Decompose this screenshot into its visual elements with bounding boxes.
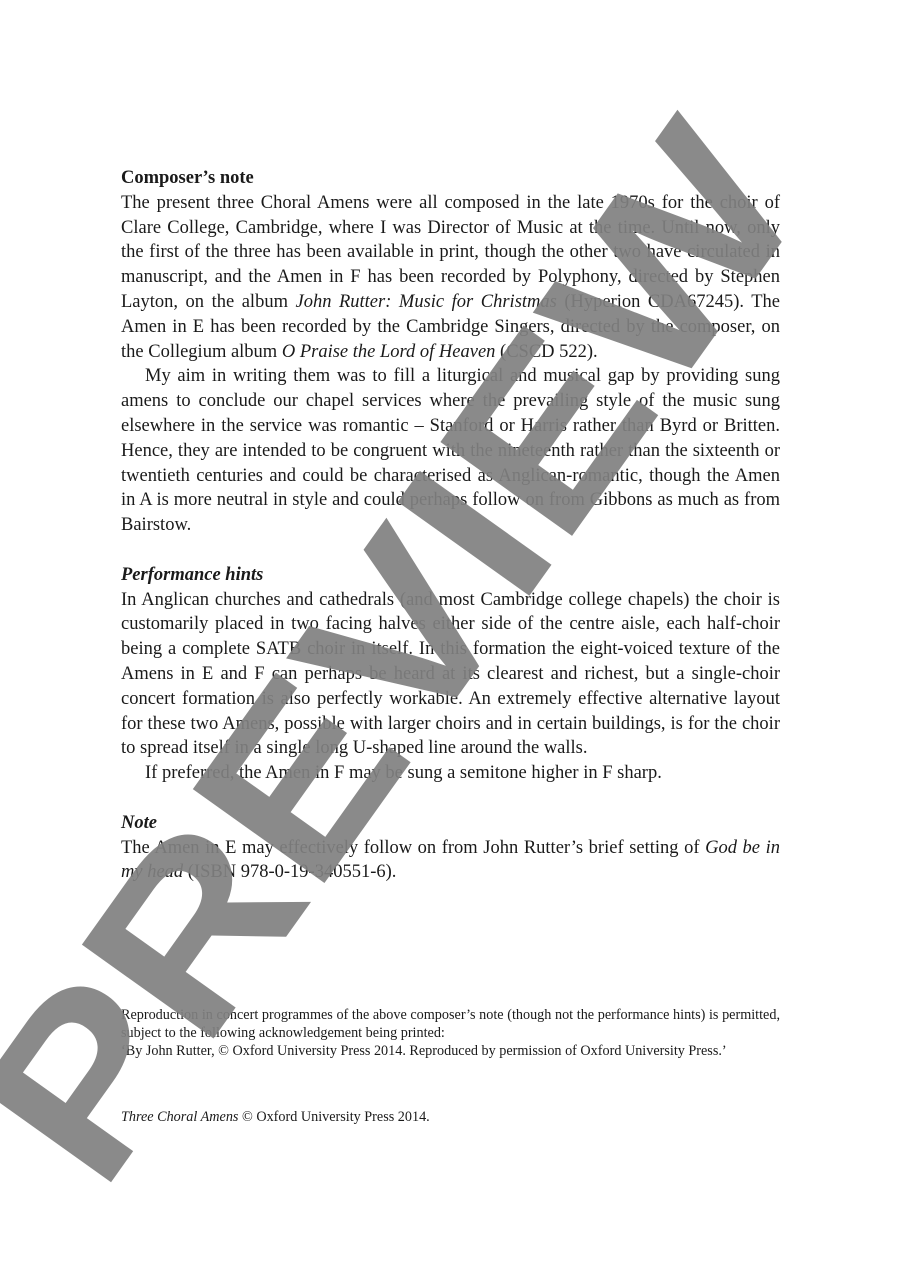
composers-note-paragraph-1: The present three Choral Amens were all … [121, 191, 780, 365]
document-page: Composer’s note The present three Choral… [0, 0, 900, 1279]
footer-copyright: © Oxford University Press 2014. [238, 1109, 429, 1125]
performance-hints-paragraph-1: In Anglican churches and cathedrals (and… [121, 588, 780, 762]
note-heading: Note [121, 811, 780, 836]
note-paragraph: The Amen in E may effectively follow on … [121, 836, 780, 886]
footer-title: Three Choral Amens [121, 1109, 238, 1125]
composers-note-paragraph-2: My aim in writing them was to fill a lit… [121, 364, 780, 538]
main-text: Composer’s note The present three Choral… [121, 166, 780, 885]
reproduction-notice: Reproduction in concert programmes of th… [121, 1006, 780, 1061]
performance-hints-heading: Performance hints [121, 563, 780, 588]
reproduction-line-1: Reproduction in concert programmes of th… [121, 1006, 780, 1042]
reproduction-line-2: ‘By John Rutter, © Oxford University Pre… [121, 1042, 780, 1060]
copyright-footer: Three Choral Amens © Oxford University P… [121, 1108, 780, 1126]
performance-hints-paragraph-2: If preferred, the Amen in F may be sung … [121, 761, 780, 786]
composers-note-heading: Composer’s note [121, 166, 780, 191]
